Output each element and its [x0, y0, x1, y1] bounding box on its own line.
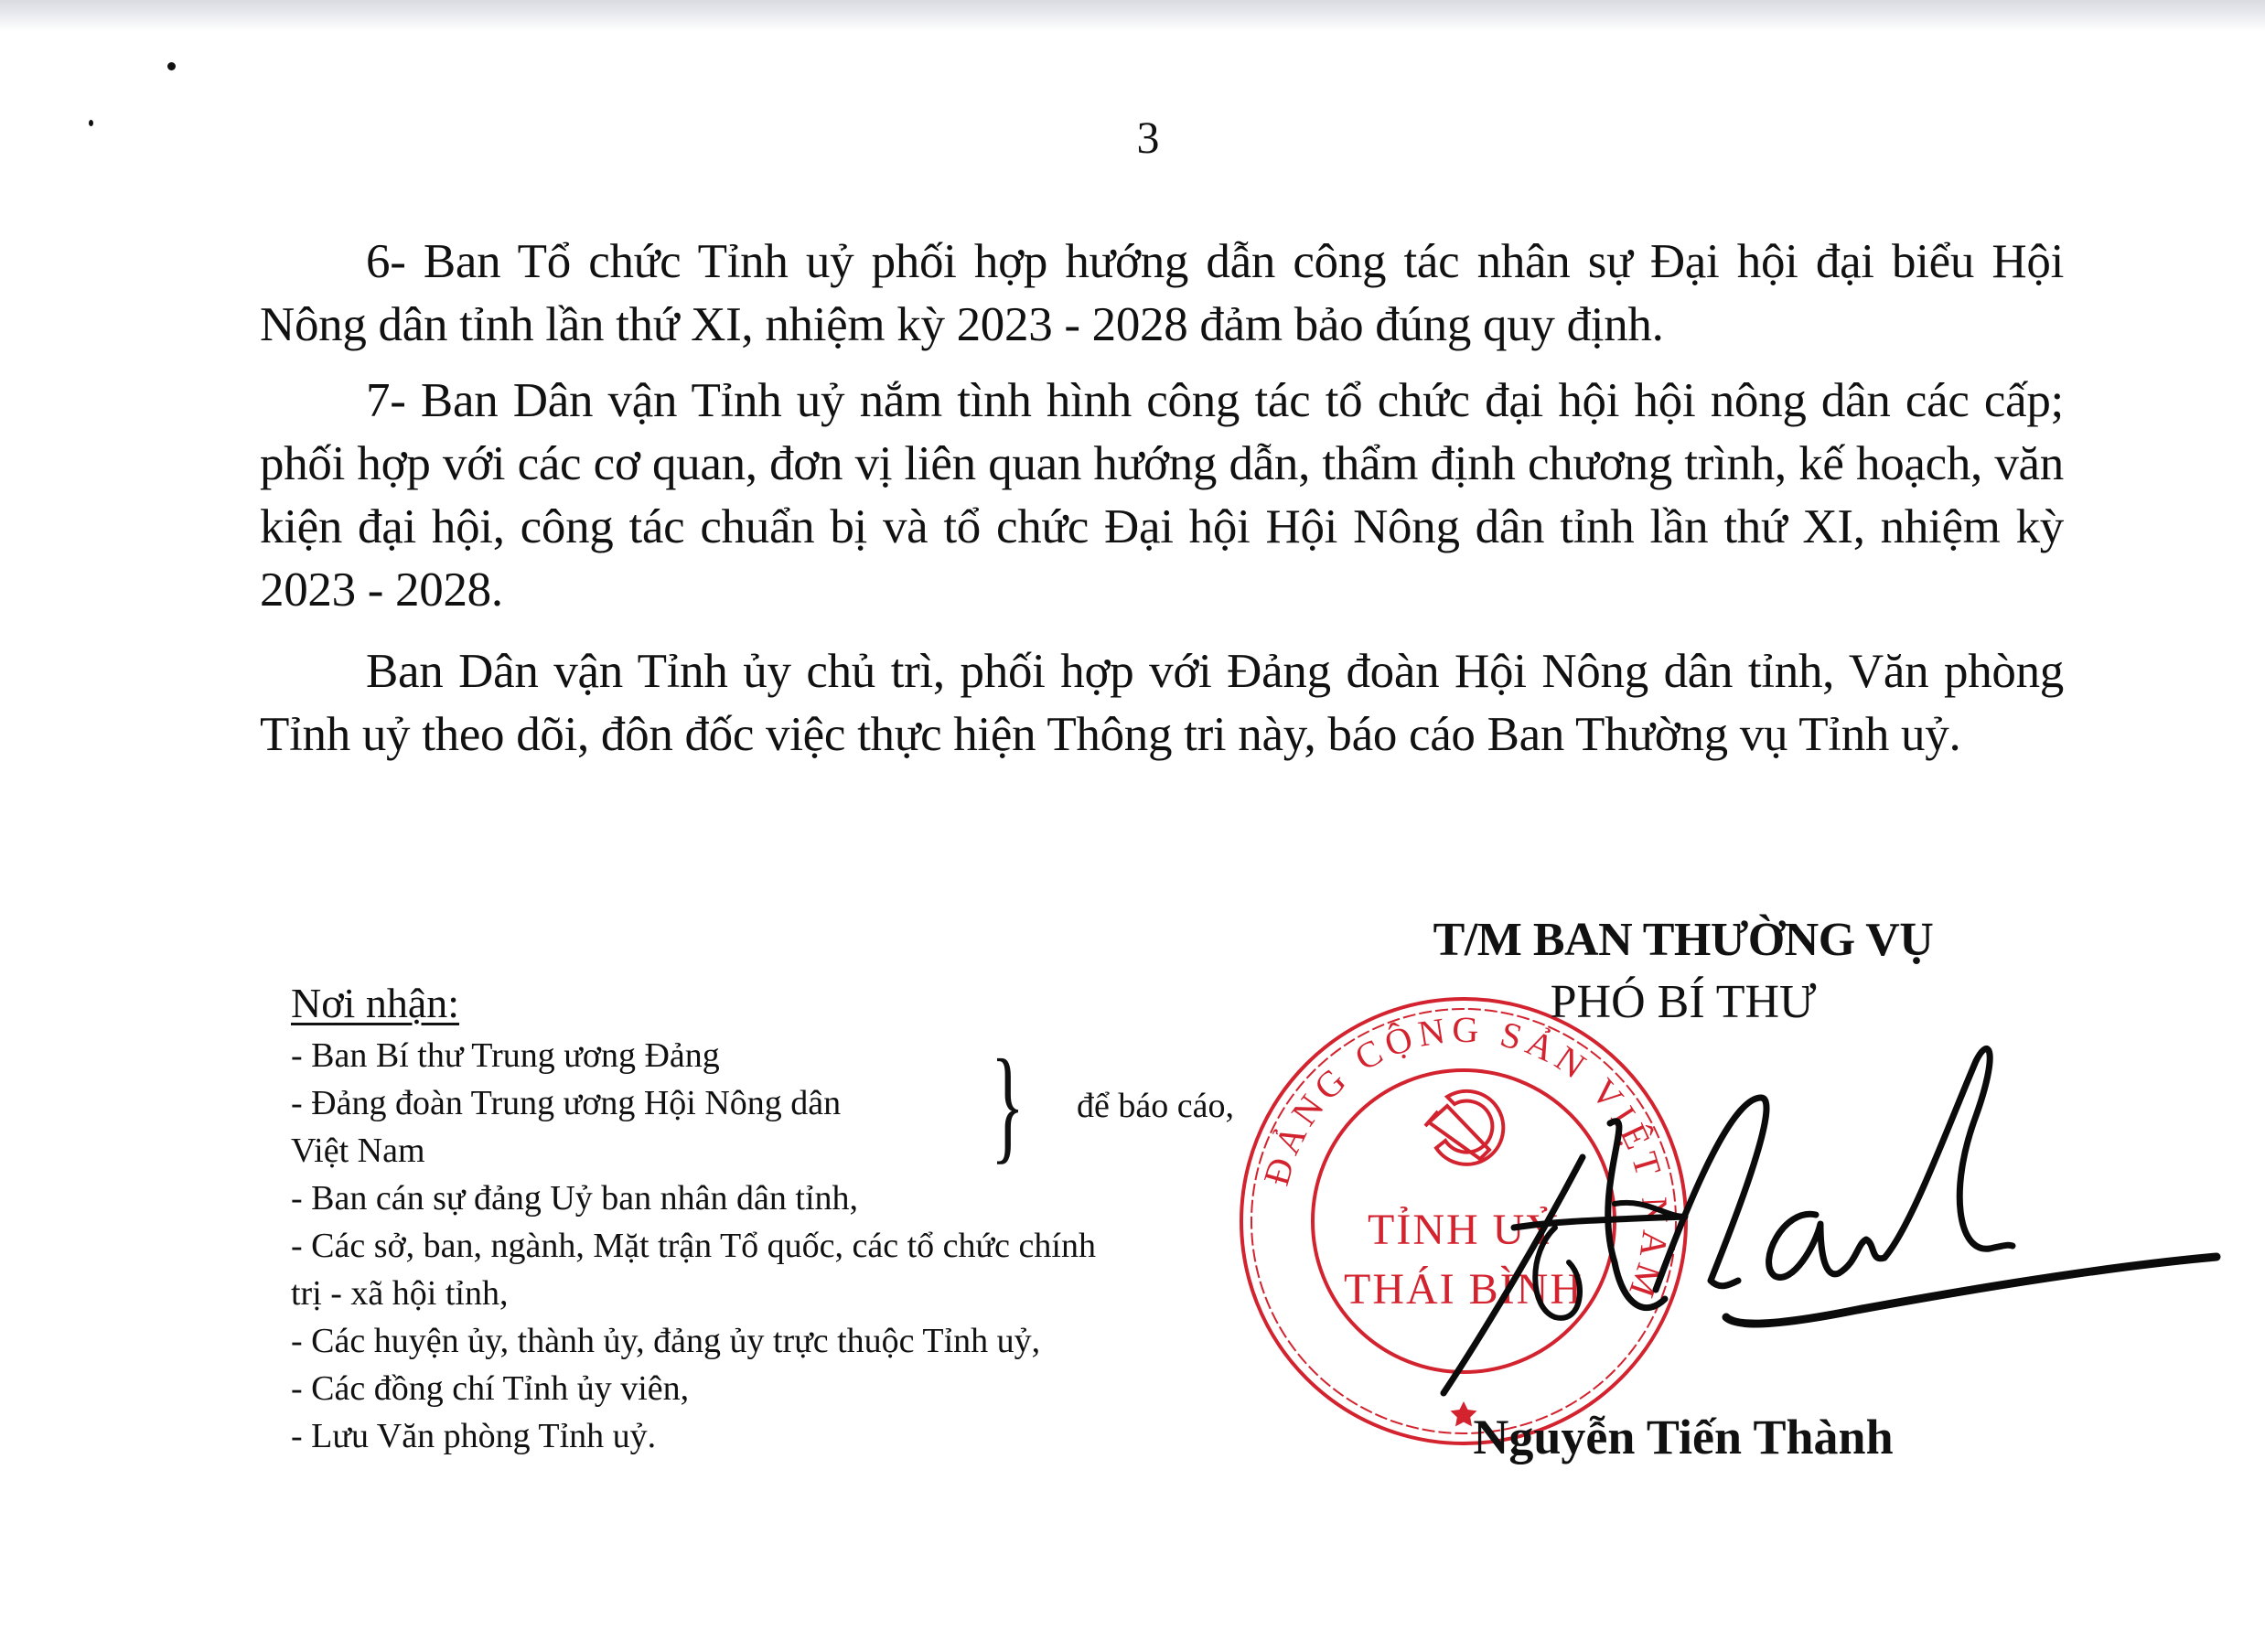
signature-position: PHÓ BÍ THƯ: [1317, 972, 2049, 1033]
recipient-item: - Các huyện ủy, thành ủy, đảng ủy trực t…: [291, 1317, 1315, 1365]
paragraph-text: Ban Dân vận Tỉnh ủy chủ trì, phối hợp vớ…: [260, 640, 2064, 767]
recipient-item: - Các sở, ban, ngành, Mặt trận Tổ quốc, …: [291, 1222, 1315, 1270]
recipient-item: - Ban cán sự đảng Uỷ ban nhân dân tỉnh,: [291, 1175, 1315, 1222]
recipient-item: Việt Nam: [291, 1127, 1315, 1175]
recipient-item: trị - xã hội tỉnh,: [291, 1270, 1315, 1317]
recipients-group-note: để báo cáo,: [1077, 1082, 1234, 1130]
paragraph-text: 6- Ban Tổ chức Tỉnh uỷ phối hợp hướng dẫ…: [260, 231, 2064, 357]
right-brace-icon: }: [991, 1041, 1025, 1169]
stamp-center-line-2: THÁI BÌNH: [1344, 1265, 1583, 1314]
scan-edge-shadow: [0, 0, 2265, 31]
recipient-item: - Ban Bí thư Trung ương Đảng: [291, 1032, 1315, 1079]
body-paragraph-closing: Ban Dân vận Tỉnh ủy chủ trì, phối hợp vớ…: [260, 640, 2064, 767]
hammer-sickle-icon: [1425, 1091, 1503, 1164]
official-stamp: ĐẢNG CỘNG SẢN VIỆT NAM TỈNH UỶ THÁI BÌNH: [1235, 992, 1692, 1450]
body-paragraph-6: 6- Ban Tổ chức Tỉnh uỷ phối hợp hướng dẫ…: [260, 231, 2064, 357]
recipient-item: - Các đồng chí Tỉnh ủy viên,: [291, 1365, 1315, 1412]
scan-speck: [89, 120, 93, 126]
body-paragraph-7: 7- Ban Dân vận Tỉnh uỷ nắm tình hình côn…: [260, 370, 2064, 622]
signer-name: Nguyễn Tiến Thành: [1317, 1407, 2049, 1467]
recipients-list: Nơi nhận: - Ban Bí thư Trung ương Đảng -…: [291, 977, 1315, 1460]
stamp-center-line-1: TỈNH UỶ: [1368, 1206, 1560, 1254]
paragraph-text: 7- Ban Dân vận Tỉnh uỷ nắm tình hình côn…: [260, 370, 2064, 622]
scan-speck: [167, 62, 176, 70]
recipient-item: - Lưu Văn phòng Tỉnh uỷ.: [291, 1412, 1315, 1460]
recipients-heading: Nơi nhận:: [291, 977, 1315, 1030]
page-number: 3: [1125, 110, 1171, 165]
signature-on-behalf: T/M BAN THƯỜNG VỤ: [1317, 910, 2049, 971]
